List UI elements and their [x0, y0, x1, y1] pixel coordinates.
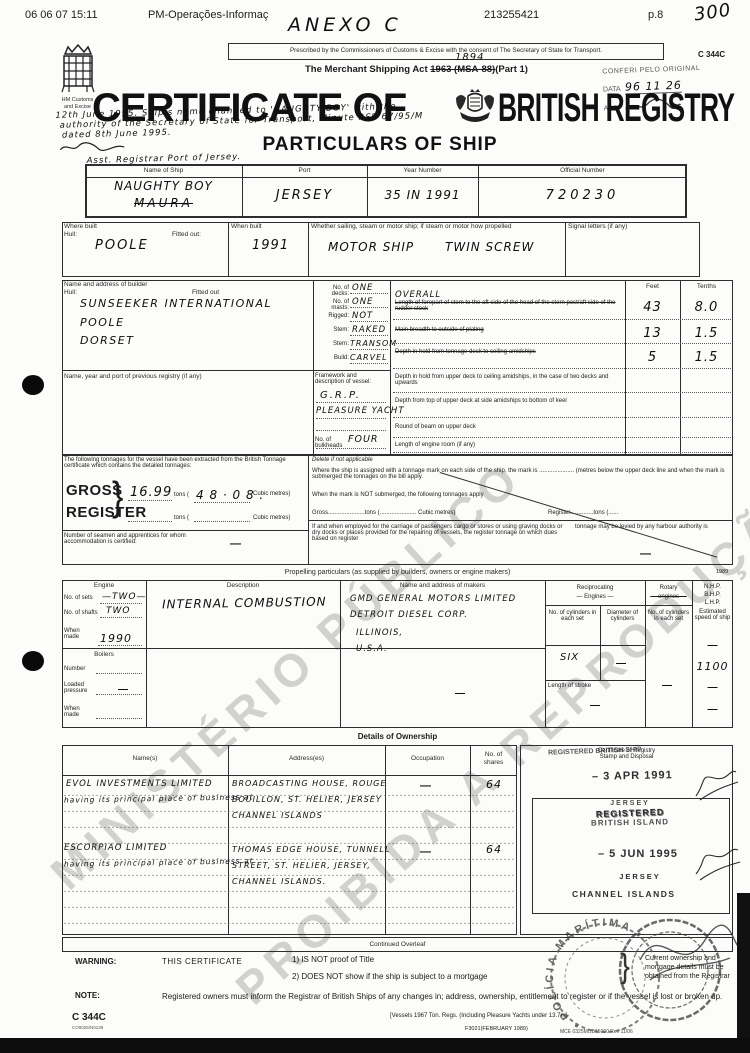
port-label: Port	[242, 167, 367, 175]
reciprocating-header-1: Reciprocating	[545, 585, 645, 591]
stamp-channel-islands-line: CHANNEL ISLANDS	[572, 889, 676, 899]
boilers-header: Boilers	[62, 651, 146, 659]
owner2-name: ESCORPIAO LIMITED	[64, 843, 167, 853]
where-built-label: Where built	[64, 223, 97, 231]
bulkheads-value: FOUR	[348, 434, 379, 445]
official-number-value: 720230	[478, 188, 687, 203]
decks-label: No. of decks:	[315, 285, 349, 297]
names-header: Name(s)	[62, 755, 228, 763]
owner2-addr3: CHANNEL ISLANDS.	[232, 877, 326, 886]
where-built-value: POOLE	[95, 238, 149, 253]
dim-row-tenths-1: 1.5	[680, 326, 733, 341]
shipping-act-line: The Merchant Shipping Act 1963 (MSA-88)(…	[305, 64, 528, 75]
propulsion-value-1: MOTOR SHIP	[328, 240, 414, 254]
round-stamp-text: • POLÍCIA MARÍTIMA •	[543, 917, 646, 1031]
dim-row-feet-2: 5	[625, 350, 680, 365]
owner2-addr2: STREET, ST. HELIER, JERSEY,	[232, 861, 371, 870]
owner2-addr1: THOMAS EDGE HOUSE, TUNNELL	[232, 845, 390, 854]
dim-row-feet-1: 13	[625, 326, 680, 341]
dim-row-label-4: Depth from top of upper deck at side ami…	[395, 398, 620, 404]
makers-line3: ILLINOIS,	[356, 628, 403, 638]
registrar-signature-squiggle	[58, 140, 128, 154]
royal-arms-icon	[452, 88, 498, 130]
stamp-signature-2	[692, 838, 744, 882]
rotary-header-2: — engines —	[645, 594, 692, 600]
tonnage-brace: }	[112, 474, 123, 521]
cylinders-label: No. of cylinders in each set	[547, 610, 598, 622]
ship-name-struck: MAURA	[85, 196, 242, 210]
power-value-1: —	[692, 640, 733, 651]
handwritten-number-300: 300	[693, 0, 733, 25]
builder-line3: DORSET	[80, 334, 134, 347]
sets-value: —TWO—	[102, 592, 146, 602]
when-built-value: 1991	[252, 238, 289, 253]
engine-year-note: 1989	[716, 569, 728, 575]
previous-registry-label: Name, year and port of previous registry…	[64, 373, 304, 381]
hull-label: Hull:	[64, 231, 77, 239]
gross-line: Gross......................tons (.......…	[312, 510, 455, 516]
stern-value: TRANSOM	[350, 339, 397, 348]
cubic-label-2: Cubic metres)	[253, 515, 290, 521]
fax-page-number: p.8	[648, 9, 663, 21]
title-british-registry: BRITISH REGISTRY	[498, 86, 734, 131]
masts-value: ONE	[352, 297, 373, 307]
tons-label-2: tons (	[174, 515, 189, 521]
power-label-1: N.H.P.	[692, 584, 733, 590]
shares-header: No. ofshares	[470, 751, 517, 767]
build-value: CARVEL	[350, 353, 388, 362]
shafts-value: TWO	[106, 606, 130, 616]
overall-handwritten: OVERALL	[395, 290, 441, 300]
crest-caption-line1: HM Customs	[62, 97, 94, 103]
rigged-value: NOT	[352, 311, 373, 321]
framework-value1: G.R.P.	[320, 390, 361, 401]
stamp-date-1995: – 5 JUN 1995	[598, 848, 678, 860]
power-value-2: 1100	[692, 660, 733, 673]
dim-row-label-5: Round of beam on upper deck	[395, 424, 620, 430]
fitted-out-label: Fitted out:	[172, 231, 201, 239]
diameter-label: Diameter of cylinders	[602, 610, 643, 622]
signal-letters-label: Signal letters (if any)	[568, 223, 627, 231]
official-number-label: Official Number	[478, 167, 687, 175]
tenths-header: Tenths	[680, 283, 733, 291]
stem-value: RAKED	[352, 325, 386, 335]
masts-label: No. of masts:	[315, 299, 349, 311]
owner1-addr1: BROADCASTING HOUSE, ROUGE	[232, 779, 386, 788]
scan-edge-right	[737, 893, 750, 1053]
form-sub-code: CO9025/N0139	[72, 1025, 103, 1030]
seamen-value: —	[230, 538, 241, 550]
warning-label: WARNING:	[75, 957, 116, 966]
handwritten-1894: 1894	[455, 52, 484, 63]
description-value: INTERNAL COMBUSTION	[162, 595, 327, 612]
prescribed-box: Prescribed by the Commissioners of Custo…	[228, 43, 664, 60]
note-label: NOTE:	[75, 991, 100, 1000]
loaded-pressure-label: Loaded pressure	[64, 682, 94, 694]
ship-name-value: NAUGHTY BOY	[85, 179, 242, 193]
rotary-header-1: Rotary	[645, 585, 692, 591]
prescribed-text: Prescribed by the Commissioners of Custo…	[229, 44, 663, 55]
scanned-certificate-page: MINISTÉRIO PÚBLICO PROIBIDA A REPRODUÇÃO…	[0, 0, 750, 1053]
builder-hull-label: Hull:	[64, 289, 77, 297]
stem-label: Stem:	[315, 327, 349, 333]
sets-label: No. of sets	[64, 595, 93, 601]
cubic-label-1: Cubic metres)	[253, 491, 290, 497]
addresses-header: Address(es)	[228, 755, 385, 763]
makers-line4: U.S.A.	[356, 644, 388, 654]
framework-value2: PLEASURE YACHT	[316, 406, 405, 416]
builder-fitted-label: Fitted out	[192, 289, 219, 297]
cylinders-value: SIX	[560, 652, 579, 663]
framework-label: Framework and description of vessel:	[315, 373, 387, 385]
bottom-signature-squiggle	[640, 925, 740, 980]
description-header: Description	[146, 582, 340, 590]
dim-row-feet-0: 43	[625, 300, 680, 315]
engine-when-made-label: When made	[64, 628, 88, 640]
crest-caption-line2: and Excise	[64, 104, 91, 110]
handwritten-anexo-c: ANEXO C	[288, 14, 402, 36]
port-value: JERSEY	[242, 188, 367, 203]
shafts-label: No. of shafts	[64, 610, 98, 616]
dim-row-tenths-2: 1.5	[680, 350, 733, 365]
dim-row-label-2: Depth in hold from tonnage deck to ceili…	[395, 349, 620, 355]
shares-header-line2: shares	[484, 759, 504, 766]
builder-line1: SUNSEEKER INTERNATIONAL	[80, 297, 272, 310]
fax-number: 213255421	[484, 9, 539, 21]
power-value-4: —	[692, 704, 733, 715]
levied-value: —	[640, 548, 651, 560]
form-code-bottom: C 344C	[72, 1012, 106, 1023]
dim-row-tenths-0: 8.0	[680, 300, 733, 315]
owner2-occupation: —	[420, 846, 431, 858]
stroke-label: Length of stroke	[548, 683, 591, 689]
builder-label: Name and address of builder	[64, 281, 147, 289]
power-label-2: B.H.P.	[692, 592, 733, 598]
shares-header-line1: No. of	[485, 751, 502, 758]
makers-header: Name and address of makers	[340, 582, 545, 590]
hole-punch-bottom	[22, 651, 44, 671]
act-suffix: (Part 1)	[495, 64, 528, 75]
seamen-label: Number of seamen and apprentices for who…	[64, 533, 229, 545]
hole-punch-top	[22, 375, 44, 395]
makers-dash: —	[455, 688, 465, 699]
dim-row-label-6: Length of engine room (if any)	[395, 442, 620, 448]
stroke-value: —	[590, 700, 600, 711]
handwritten-name-change-note: 12th June 1995. Ship's name changed to '…	[55, 101, 424, 167]
owner1-shares: 64	[486, 778, 502, 791]
year-number-value: 35 IN 1991	[367, 188, 478, 202]
owner1-name: EVOL INVESTMENTS LIMITED	[66, 779, 213, 789]
not-submerged-line: When the mark is NOT submerged, the foll…	[312, 492, 484, 498]
delete-note: Delete if not applicable	[312, 457, 373, 463]
tonnage-intro: The following tonnages for the vessel ha…	[64, 457, 302, 469]
power-label-4: Estimated speed of ship	[694, 609, 731, 621]
form-print-ref: F3021(FEBRUARY 1989)	[465, 1026, 528, 1032]
power-value-3: —	[692, 682, 733, 693]
warning-item-2: 2) DOES NOT show if the ship is subject …	[292, 972, 488, 981]
fax-sender: PM-Operações-Informaç	[148, 9, 268, 21]
when-built-label: When built	[231, 223, 262, 231]
engine-when-made-value: 1990	[100, 632, 132, 645]
engine-col-header: Engine	[62, 582, 146, 590]
rotary-cylinders-label: No. of cylinders in each set	[646, 610, 691, 622]
reciprocating-header-2: — Engines —	[545, 594, 645, 600]
power-label-3: L.H.P.	[692, 600, 733, 606]
boilers-number-label: Number	[64, 666, 85, 672]
stern-label: Stern:	[315, 341, 349, 347]
propulsion-value-2: TWIN SCREW	[445, 240, 534, 254]
owner1-occupation: —	[420, 780, 431, 792]
boilers-when-made-label: When made	[64, 706, 88, 718]
dim-row-label-3: Depth in hold from upper deck to ceiling…	[395, 374, 620, 386]
decks-value: ONE	[352, 283, 373, 293]
stamp-header-line2: Stamp and Disposal	[600, 754, 654, 760]
makers-line2: DETROIT DIESEL CORP.	[350, 610, 468, 620]
stamp-jersey-line: JERSEY	[600, 872, 680, 881]
owner1-addr2: BOUILLON, ST. HELIER, JERSEY	[232, 795, 382, 804]
register-label: REGISTER	[66, 504, 147, 521]
dim-row-label-1: Main breadth to outside of plating	[395, 327, 620, 333]
warning-certificate-label: THIS CERTIFICATE	[162, 957, 242, 966]
occupation-header: Occupation	[385, 755, 470, 763]
owner2-shares: 64	[486, 843, 502, 856]
tons-label-1: tons (	[174, 492, 189, 498]
rigged-label: Rigged:	[315, 313, 349, 319]
build-label: Build:	[315, 355, 349, 361]
rotary-value: —	[662, 680, 672, 691]
diameter-value: —	[616, 658, 626, 669]
employed-para: If and when employed for the carriage of…	[312, 524, 564, 542]
propelling-header: Propelling particulars (as supplied by b…	[62, 569, 733, 577]
dim-row-label-0: Length of forepart of stem to the aft si…	[395, 300, 620, 312]
fax-datetime: 06 06 07 15:11	[25, 9, 98, 21]
makers-line1: GMD GENERAL MOTORS LIMITED	[350, 594, 516, 604]
feet-header: Feet	[625, 283, 680, 291]
gross-tons-value: 16.99	[130, 485, 172, 500]
owner1-addr3: CHANNEL ISLANDS	[232, 811, 323, 820]
act-struck-text: 1963 (MSA-88)	[430, 64, 495, 75]
warning-item-1: 1) IS NOT proof of Title	[292, 955, 374, 964]
form-code-top: C 344C	[698, 50, 725, 59]
builder-line2: POOLE	[80, 316, 125, 329]
policia-maritima-round-stamp: • POLÍCIA MARÍTIMA •	[520, 900, 745, 1050]
act-prefix: The Merchant Shipping Act	[305, 64, 430, 75]
stamp-date-1991: – 3 APR 1991	[592, 769, 673, 782]
ownership-title: Details of Ownership	[62, 732, 733, 741]
scan-edge-bottom	[0, 1038, 750, 1053]
stamp-signature-1	[690, 762, 742, 802]
levied-para: tonnage may be levied by any harbour aut…	[575, 524, 727, 530]
propulsion-label: Whether sailing, steam or motor ship; if…	[311, 223, 559, 231]
tonnage-mark-para: Where the ship is assigned with a tonnag…	[312, 468, 728, 480]
name-of-ship-label: Name of Ship	[85, 167, 242, 175]
year-number-label: Year Number	[367, 167, 478, 175]
svg-text:• POLÍCIA MARÍTIMA •: • POLÍCIA MARÍTIMA •	[543, 917, 646, 1031]
